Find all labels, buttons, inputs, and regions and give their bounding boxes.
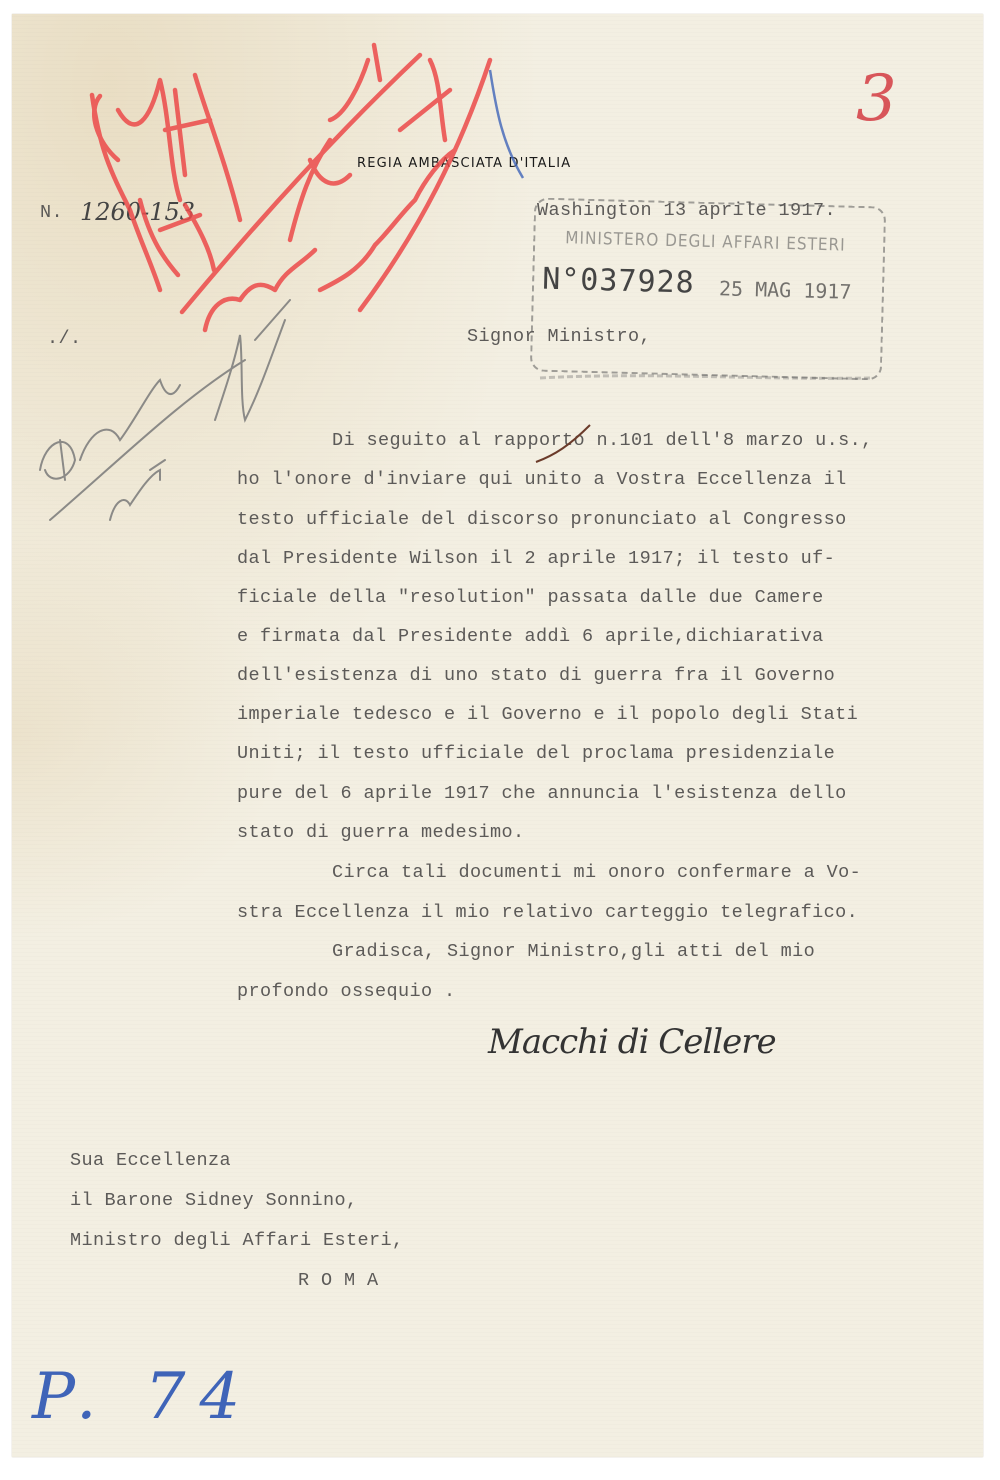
body-line: Circa tali documenti mi onoro confermare… bbox=[332, 862, 861, 883]
body-line: profondo ossequio . bbox=[237, 981, 456, 1002]
protocol-prefix: N. bbox=[40, 202, 63, 223]
enclosure-mark: ./. bbox=[47, 328, 82, 349]
body-line: ficiale della "resolution" passata dalle… bbox=[237, 587, 824, 608]
stamp-number: N°037928 bbox=[542, 262, 695, 301]
ministry-received-stamp: MINISTERO DEGLI AFFARI ESTERI N°037928 2… bbox=[530, 197, 886, 380]
body-line: imperiale tedesco e il Governo e il popo… bbox=[237, 704, 858, 725]
stamp-date: 25 MAG 1917 bbox=[719, 276, 852, 303]
body-line: stato di guerra medesimo. bbox=[237, 822, 525, 843]
body-line: stra Eccellenza il mio relativo carteggi… bbox=[237, 902, 858, 923]
signature: Macchi di Cellere bbox=[488, 1022, 776, 1062]
red-page-number: 3 bbox=[856, 62, 897, 136]
addressee-line: il Barone Sidney Sonnino, bbox=[70, 1190, 358, 1211]
body-line: Gradisca, Signor Ministro,gli atti del m… bbox=[332, 941, 815, 962]
body-line: ho l'onore d'inviare qui unito a Vostra … bbox=[237, 469, 847, 490]
body-line: dal Presidente Wilson il 2 aprile 1917; … bbox=[237, 548, 835, 569]
letterhead: REGIA AMBASCIATA D'ITALIA bbox=[357, 156, 571, 171]
protocol-number: 1260-153 bbox=[80, 198, 195, 226]
addressee-line: Sua Eccellenza bbox=[70, 1150, 231, 1171]
stamp-title: MINISTERO DEGLI AFFARI ESTERI bbox=[565, 228, 846, 255]
body-line: Di seguito al rapporto n.101 dell'8 marz… bbox=[332, 430, 873, 451]
body-line: testo ufficiale del discorso pronunciato… bbox=[237, 509, 847, 530]
blue-folio-number: P. 74 bbox=[32, 1360, 254, 1434]
addressee-line: Ministro degli Affari Esteri, bbox=[70, 1230, 404, 1251]
body-line: e firmata dal Presidente addì 6 aprile,d… bbox=[237, 626, 824, 647]
place-date: Washington 13 aprile 1917. bbox=[537, 200, 836, 221]
salutation: Signor Ministro, bbox=[467, 326, 651, 347]
addressee-city: R O M A bbox=[298, 1270, 379, 1291]
body-line: dell'esistenza di uno stato di guerra fr… bbox=[237, 665, 835, 686]
body-line: Uniti; il testo ufficiale del proclama p… bbox=[237, 743, 835, 764]
body-line: pure del 6 aprile 1917 che annuncia l'es… bbox=[237, 783, 847, 804]
